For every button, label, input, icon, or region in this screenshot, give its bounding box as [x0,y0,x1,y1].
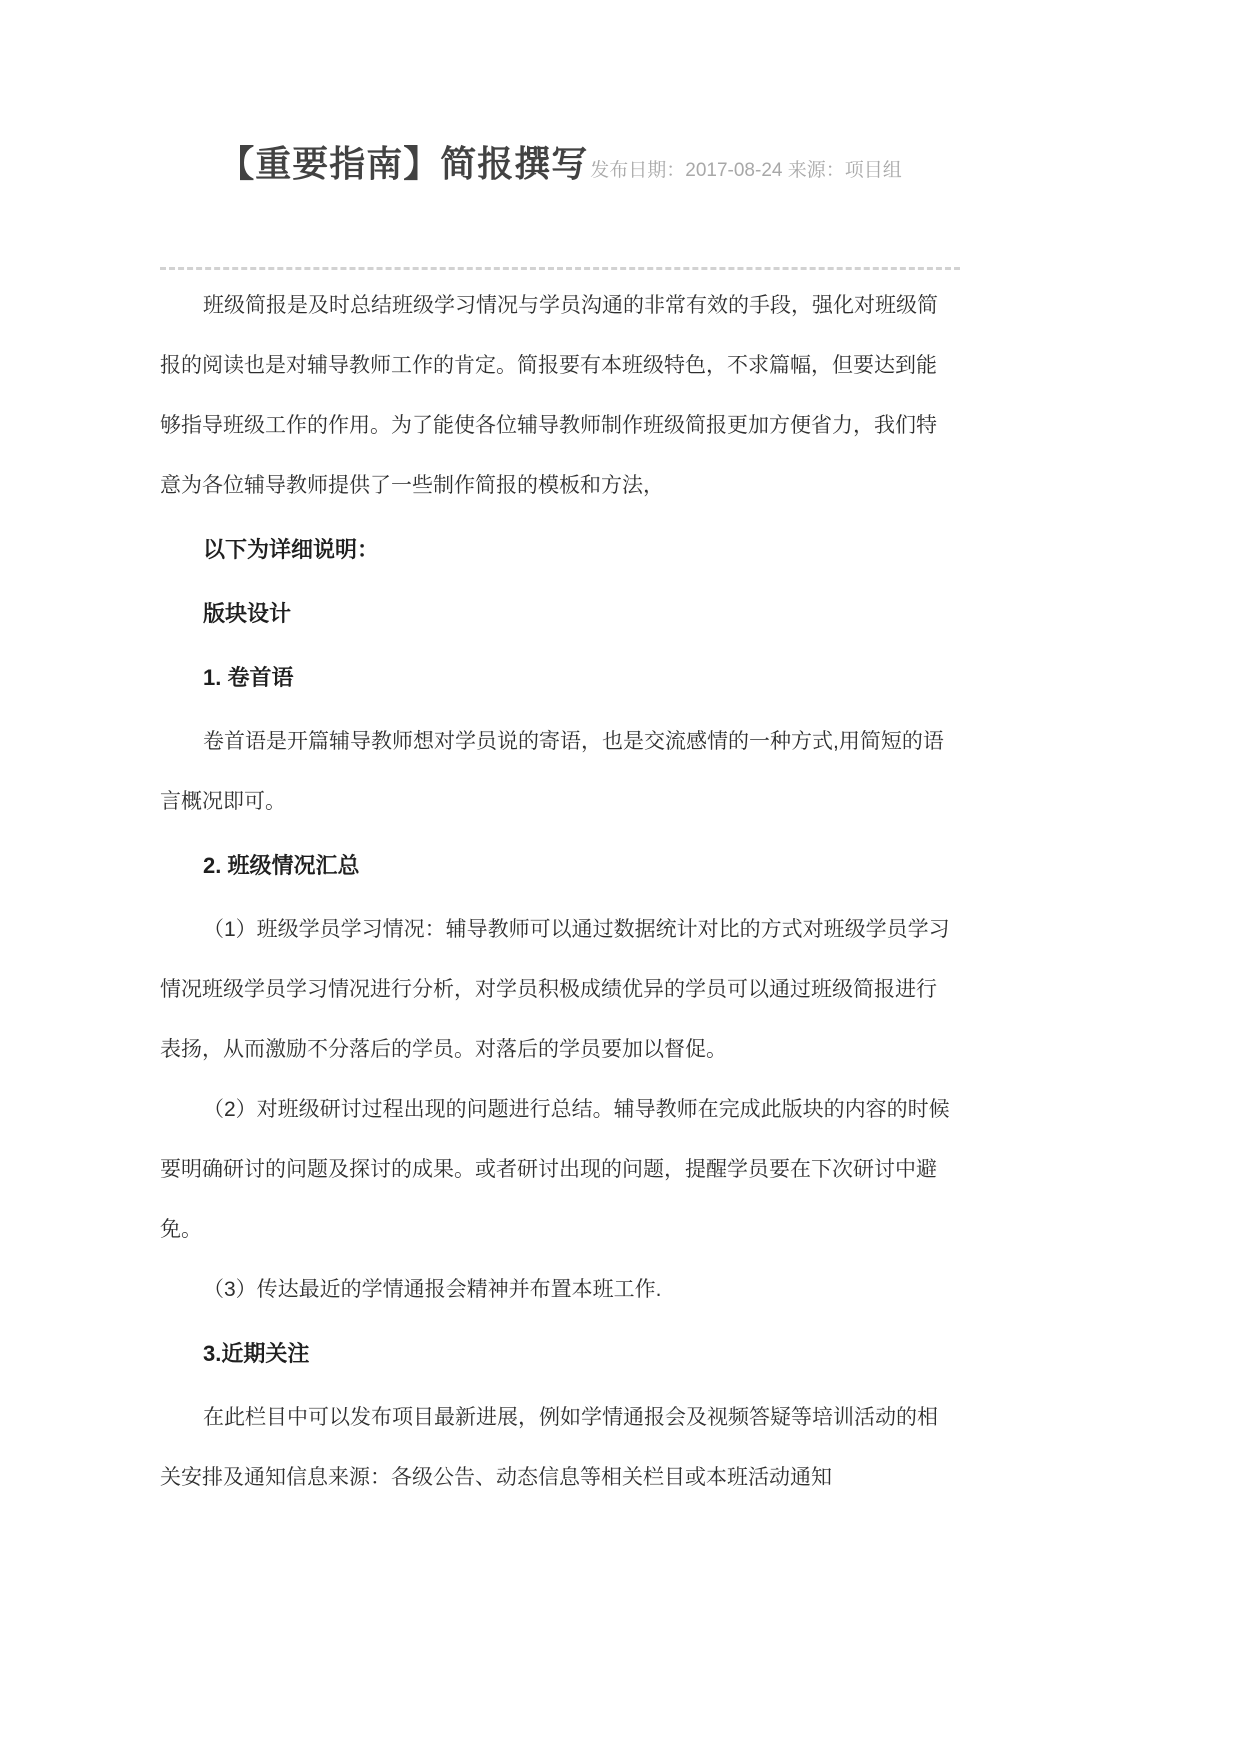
paragraph-intro: 班级简报是及时总结班级学习情况与学员沟通的非常有效的手段，强化对班级简报的阅读也… [160,276,954,516]
paragraph-item-1: （1）班级学员学习情况：辅导教师可以通过数据统计对比的方式对班级学员学习情况班级… [160,900,954,1080]
document-page: 【重要指南】简报撰写发布日期：2017-08-24 来源：项目组 班级简报是及时… [0,0,1241,1754]
document-body: 【重要指南】简报撰写发布日期：2017-08-24 来源：项目组 班级简报是及时… [160,0,960,1508]
page-title: 【重要指南】简报撰写 [218,143,588,184]
heading-2-class-summary: 2. 班级情况汇总 [160,836,954,896]
paragraph-item-2: （2）对班级研讨过程出现的问题进行总结。辅导教师在完成此版块的内容的时候要明确研… [160,1080,954,1260]
heading-1-foreword: 1. 卷首语 [160,648,954,708]
document-header: 【重要指南】简报撰写发布日期：2017-08-24 来源：项目组 [160,136,960,187]
dashed-divider [160,267,960,270]
heading-details-note: 以下为详细说明： [160,520,954,580]
paragraph-recent-focus: 在此栏目中可以发布项目最新进展，例如学情通报会及视频答疑等培训活动的相关安排及通… [160,1388,954,1508]
paragraph-foreword: 卷首语是开篇辅导教师想对学员说的寄语，也是交流感情的一种方式,用简短的语言概况即… [160,712,954,832]
publish-meta: 发布日期：2017-08-24 来源：项目组 [590,160,901,181]
article-content: 班级简报是及时总结班级学习情况与学员沟通的非常有效的手段，强化对班级简报的阅读也… [160,276,954,1508]
heading-section-design: 版块设计 [160,584,954,644]
heading-3-recent-focus: 3.近期关注 [160,1324,954,1384]
paragraph-item-3: （3）传达最近的学情通报会精神并布置本班工作. [160,1260,954,1320]
